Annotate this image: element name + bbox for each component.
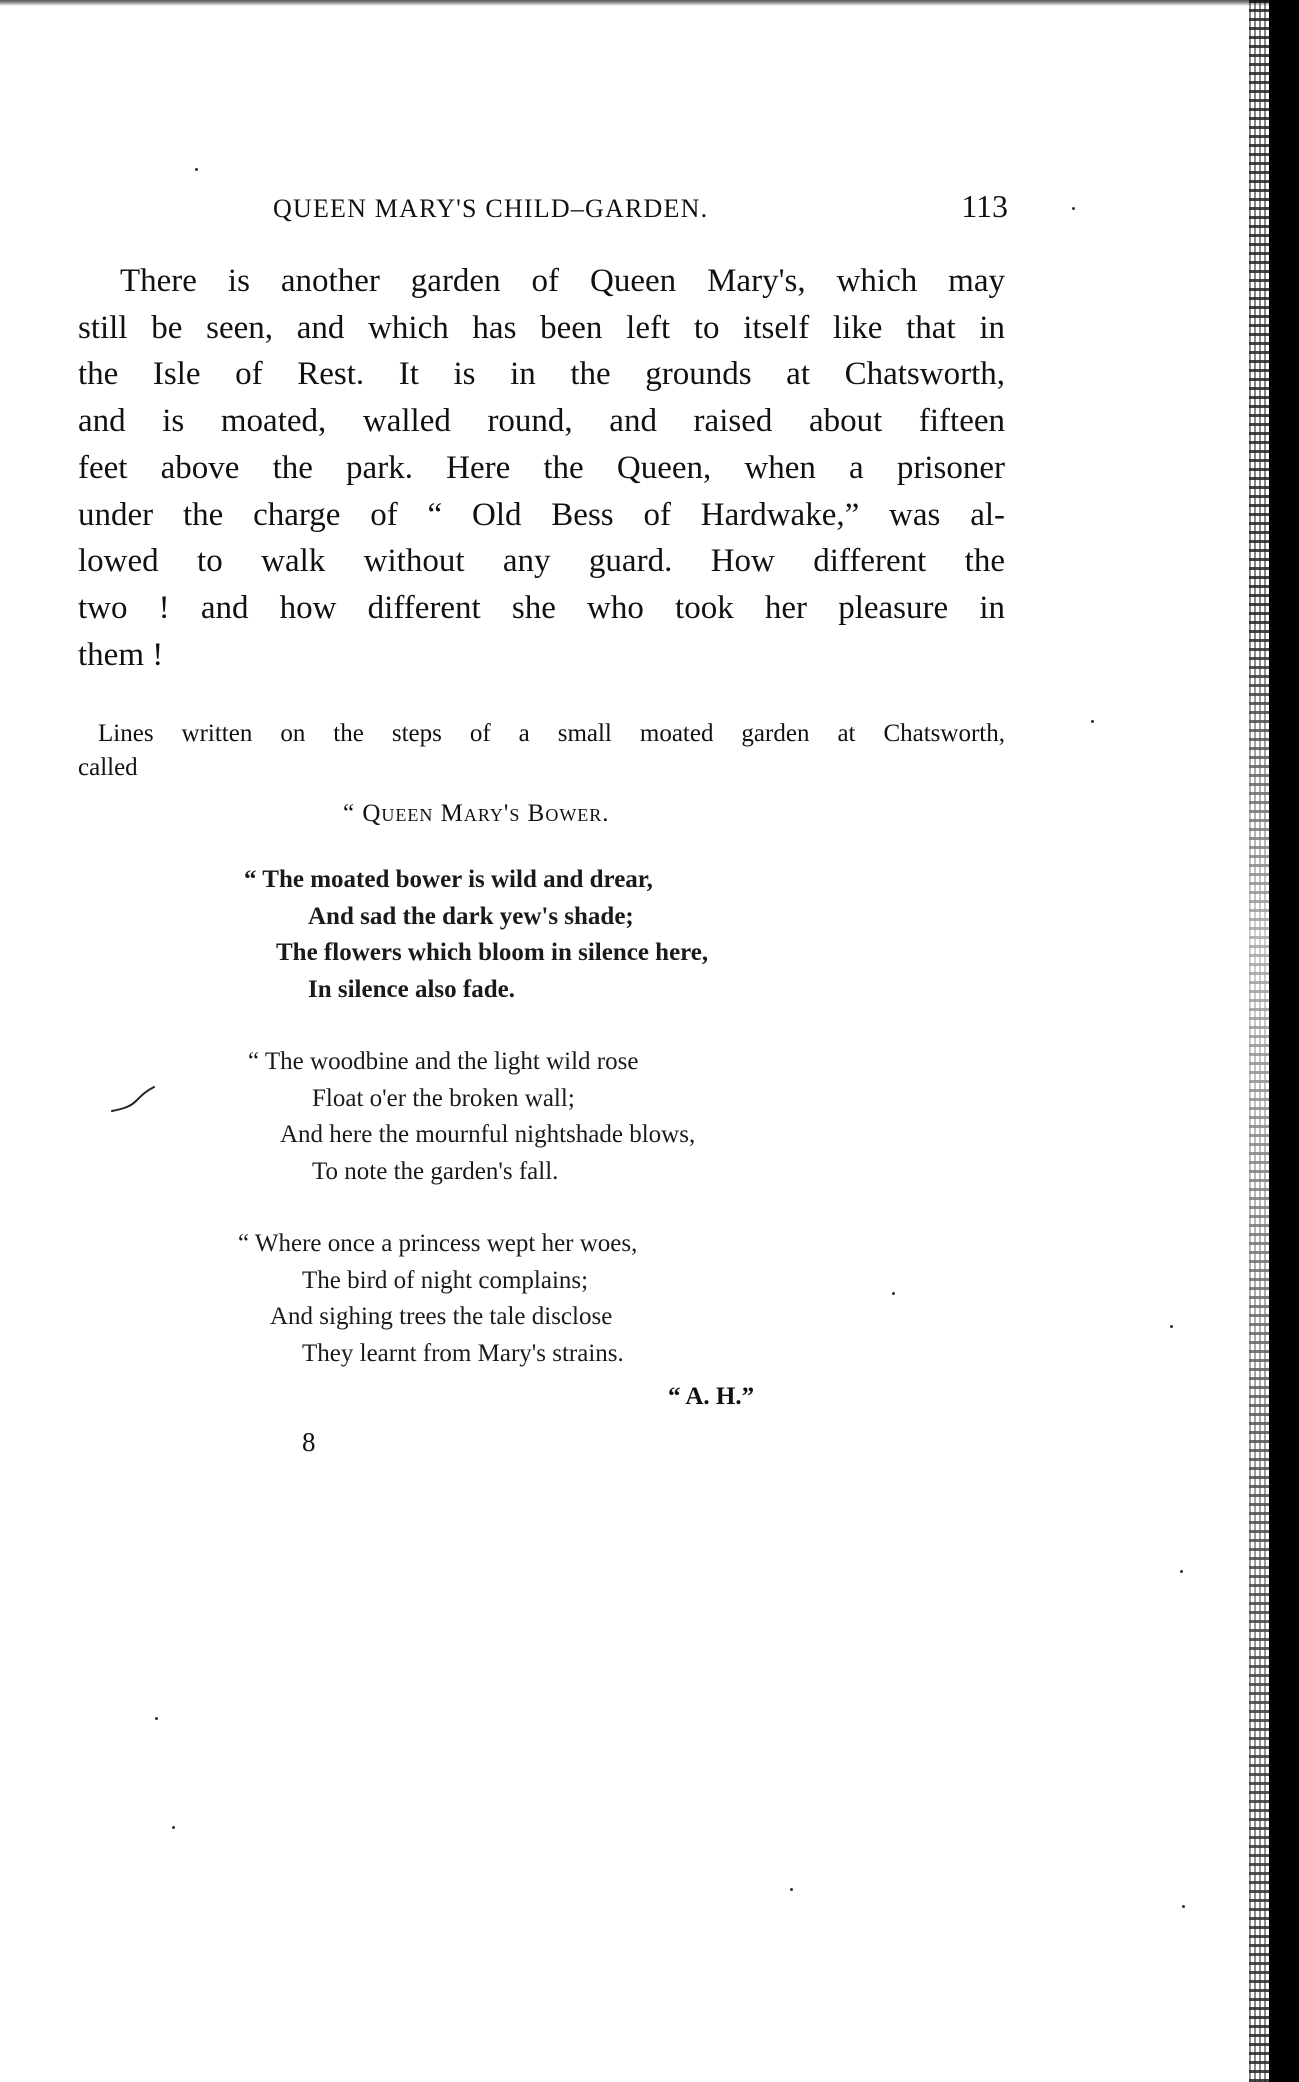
speck	[1091, 720, 1094, 723]
body-line: them !	[78, 632, 1005, 679]
verse-line: Float o'er the broken wall;	[248, 1081, 708, 1118]
verse-line: They learnt from Mary's strains.	[238, 1336, 708, 1373]
poem: “ The moated bower is wild and drear, An…	[244, 862, 708, 1408]
poem-title: “ Queen Mary's Bower.	[343, 800, 610, 828]
verse-line: And sighing trees the tale disclose	[238, 1299, 708, 1336]
verse-line: The flowers which bloom in silence here,	[244, 935, 708, 972]
body-line: and is moated, walled round, and raised …	[78, 398, 1005, 445]
verse-line: In silence also fade.	[244, 972, 708, 1009]
speck	[1072, 207, 1075, 210]
poem-attribution: “ A. H.”	[668, 1383, 754, 1411]
verse-line: To note the garden's fall.	[248, 1154, 708, 1191]
body-line: two ! and how different she who took her…	[78, 585, 1005, 632]
poem-intro: Lines written on the steps of a small mo…	[78, 717, 1005, 785]
body-line: still be seen, and which has been left t…	[78, 305, 1005, 352]
scan-edge-noise	[1249, 0, 1271, 2082]
stanza: “ Where once a princess wept her woes, T…	[238, 1226, 708, 1372]
intro-line: called	[78, 751, 1005, 785]
speck	[1182, 1905, 1185, 1908]
verse-line: “ The moated bower is wild and drear,	[244, 862, 708, 899]
speck	[1170, 1325, 1173, 1328]
speck	[790, 1888, 793, 1891]
page-number: 113	[961, 188, 1008, 225]
body-line: There is another garden of Queen Mary's,…	[78, 258, 1005, 305]
body-line: under the charge of “ Old Bess of Hardwa…	[78, 492, 1005, 539]
body-paragraph: There is another garden of Queen Mary's,…	[78, 258, 1005, 678]
pencil-margin-mark-icon	[110, 1085, 160, 1115]
body-line: the Isle of Rest. It is in the grounds a…	[78, 351, 1005, 398]
speck	[172, 1826, 175, 1829]
verse-line: “ Where once a princess wept her woes,	[238, 1226, 708, 1263]
body-line: feet above the park. Here the Queen, whe…	[78, 445, 1005, 492]
speck	[195, 168, 198, 171]
speck	[1180, 1570, 1183, 1573]
book-page: QUEEN MARY'S CHILD–GARDEN. 113 There is …	[0, 0, 1299, 2082]
intro-line: Lines written on the steps of a small mo…	[78, 717, 1005, 751]
signature-mark: 8	[302, 1427, 316, 1458]
running-head: QUEEN MARY'S CHILD–GARDEN. 113	[273, 188, 1008, 225]
stanza: “ The woodbine and the light wild rose F…	[248, 1044, 708, 1190]
body-line: lowed to walk without any guard. How dif…	[78, 538, 1005, 585]
running-title: QUEEN MARY'S CHILD–GARDEN.	[273, 194, 708, 224]
verse-line: And here the mournful nightshade blows,	[248, 1117, 708, 1154]
verse-line: The bird of night complains;	[238, 1263, 708, 1300]
scan-top-shadow	[0, 0, 1299, 6]
speck	[892, 1292, 895, 1295]
verse-line: “ The woodbine and the light wild rose	[248, 1044, 708, 1081]
scan-right-edge	[1269, 0, 1299, 2082]
stanza: “ The moated bower is wild and drear, An…	[244, 862, 708, 1008]
speck	[155, 1717, 158, 1720]
verse-line: And sad the dark yew's shade;	[244, 899, 708, 936]
